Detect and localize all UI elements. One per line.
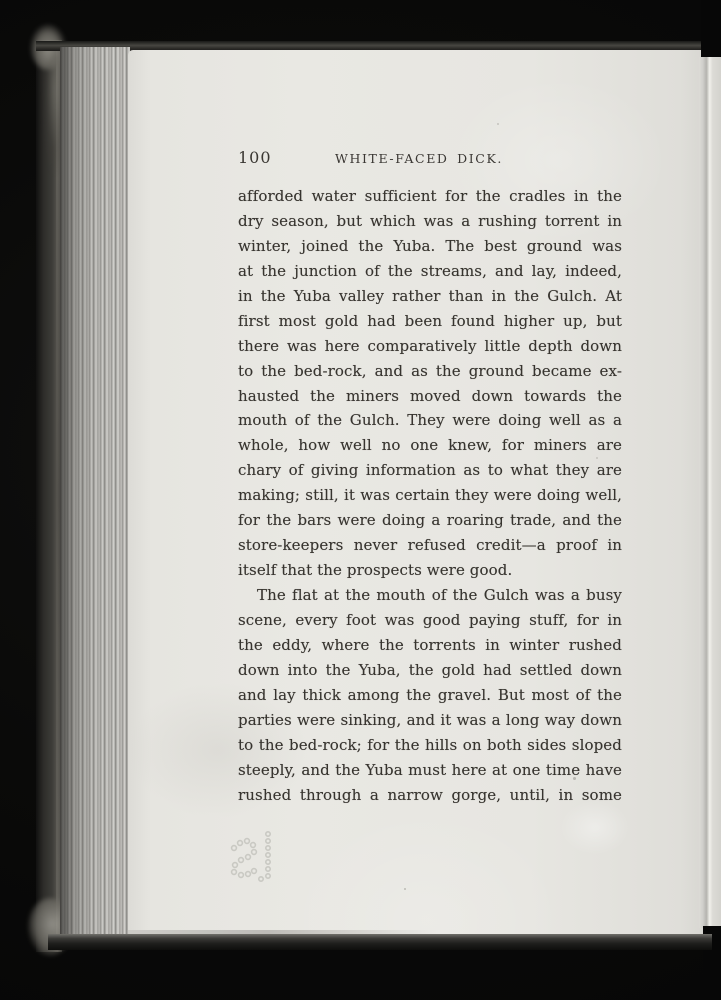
text-line: whole, how well no one knew, for miners …: [238, 433, 622, 458]
text-line: and lay thick among the gravel. But most…: [238, 683, 622, 708]
text-line: mouth of the Gulch. They were doing well…: [238, 408, 622, 433]
text-line: at the junction of the streams, and lay,…: [238, 259, 622, 284]
book-cover-bottom-edge: [48, 934, 712, 950]
text-line: for the bars were doing a roaring trade,…: [238, 508, 622, 533]
paper-stain: [560, 800, 630, 855]
embossed-stamp-mark: [220, 826, 286, 888]
backdrop-corner-top-right: [701, 0, 721, 57]
body-text: afforded water sufficient for the cradle…: [238, 184, 622, 807]
text-line: The flat at the mouth of the Gulch was a…: [238, 583, 622, 608]
text-line: there was here comparatively little dept…: [238, 334, 622, 359]
text-line: making; still, it was certain they were …: [238, 483, 622, 508]
text-line: afforded water sufficient for the cradle…: [238, 184, 622, 209]
text-line: in the Yuba valley rather than in the Gu…: [238, 284, 622, 309]
dust-speck: [573, 777, 576, 780]
page-stack-fore-edge: [60, 47, 130, 935]
text-line: the eddy, where the torrents in winter r…: [238, 633, 622, 658]
text-line: store-keepers never refused credit—a pro…: [238, 533, 622, 558]
text-line: winter, joined the Yuba. The best ground…: [238, 234, 622, 259]
text-line: to the bed-rock, and as the ground becam…: [238, 359, 622, 384]
text-line: dry season, but which was a rushing torr…: [238, 209, 622, 234]
book-photograph: 100 WHITE-FACED DICK. afforded water suf…: [0, 0, 721, 1000]
dust-speck: [497, 123, 499, 125]
dust-speck: [596, 457, 598, 459]
page-header: 100 WHITE-FACED DICK.: [238, 147, 622, 169]
text-line: chary of giving information as to what t…: [238, 458, 622, 483]
text-line: itself that the prospects were good.: [238, 558, 622, 583]
text-line: steeply, and the Yuba must here at one t…: [238, 758, 622, 783]
text-line: hausted the miners moved down towards th…: [238, 384, 622, 409]
text-line: down into the Yuba, the gold had settled…: [238, 658, 622, 683]
text-line: to the bed-rock; for the hills on both s…: [238, 733, 622, 758]
text-line: first most gold had been found higher up…: [238, 309, 622, 334]
running-header: WHITE-FACED DICK.: [227, 151, 611, 166]
dust-speck: [404, 888, 406, 890]
text-line: scene, every foot was good paying stuff,…: [238, 608, 622, 633]
text-line: rushed through a narrow gorge, until, in…: [238, 783, 622, 808]
adjacent-page-edge: [699, 57, 721, 928]
text-line: parties were sinking, and it was a long …: [238, 708, 622, 733]
printed-text-block: 100 WHITE-FACED DICK. afforded water suf…: [238, 147, 622, 169]
